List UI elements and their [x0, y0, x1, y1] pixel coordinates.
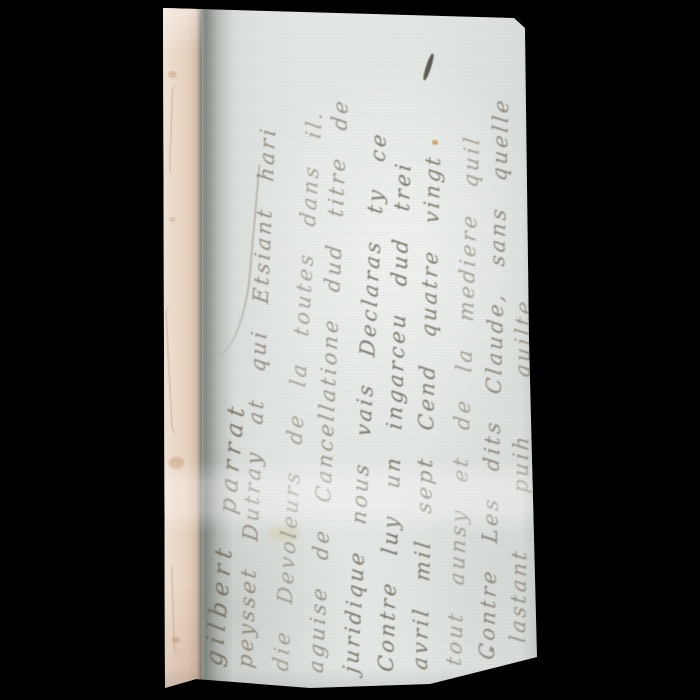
spine-fleck [169, 217, 176, 222]
spine-fleck [172, 637, 180, 643]
manuscript-page: gilbert parrat peysset Dutray at qui Ets… [160, 5, 542, 695]
photo-background: gilbert parrat peysset Dutray at qui Ets… [0, 0, 700, 700]
spine-fleck [169, 457, 184, 469]
spine-fleck [168, 71, 177, 78]
